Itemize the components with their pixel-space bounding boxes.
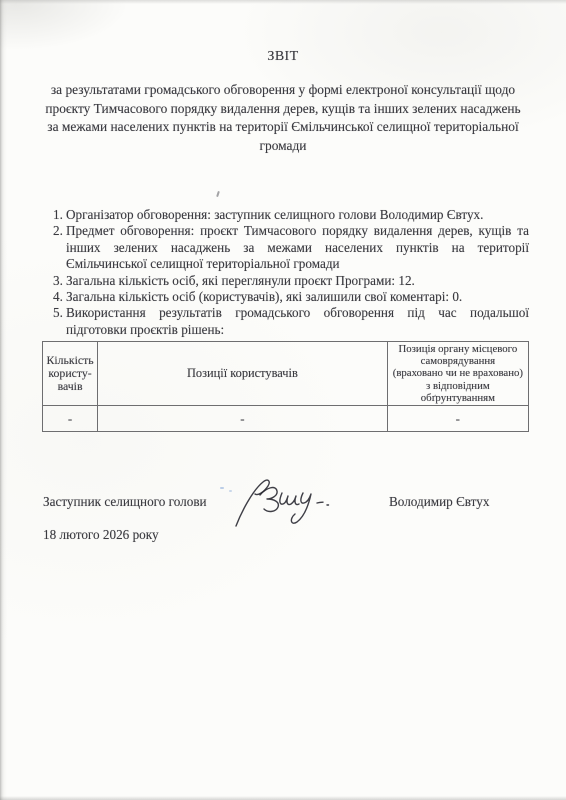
table-cell-users-count: - [43,406,98,432]
scan-edge-bottom [0,796,566,800]
ink-speck [216,191,220,197]
table-header-user-positions: Позиції користувачів [98,342,388,406]
list-item-number: 3. [53,273,66,289]
list-item: 2. Предмет обговорення: проєкт Тимчасово… [53,223,529,272]
table-header-users-count: Кількість користу- вачів [43,342,98,406]
document-date: 18 лютого 2026 року [43,527,159,543]
table-cell-authority-position: - [387,406,528,432]
list-item-text: Загальна кількість осіб (користувачів), … [66,289,529,305]
signatory-position: Заступник селищного голови [43,494,207,510]
list-item: 5. Використання результатів громадського… [53,305,529,338]
positions-table: Кількість користу- вачів Позиції користу… [42,341,529,432]
document-title: ЗВІТ [0,49,566,65]
table-header-authority-position: Позиція органу місцевого самоврядування … [387,342,528,406]
list-item-number: 2. [53,223,66,272]
list-item-text: Використання результатів громадського об… [66,305,529,338]
list-item-number: 4. [53,289,66,305]
summary-list: 1. Організатор обговорення: заступник се… [53,207,529,338]
scanned-document-page: ЗВІТ за результатами громадського обгово… [0,0,566,800]
table-data-row: - - - [43,406,529,432]
signatory-name: Володимир Євтух [389,494,489,510]
scan-edge-left [0,0,7,800]
ink-speck-blue [220,487,224,489]
list-item-text: Загальна кількість осіб, які переглянули… [66,273,529,289]
table-header-row: Кількість користу- вачів Позиції користу… [43,342,529,406]
ink-speck-blue [229,490,232,492]
list-item: 1. Організатор обговорення: заступник се… [53,207,529,223]
list-item: 4. Загальна кількість осіб (користувачів… [53,289,529,305]
scan-edge-top [0,0,566,4]
document-subtitle: за результатами громадського обговорення… [33,81,533,155]
list-item: 3. Загальна кількість осіб, які переглян… [53,273,529,289]
list-item-text: Організатор обговорення: заступник селищ… [66,207,529,223]
list-item-number: 5. [53,305,66,338]
table-cell-user-positions: - [98,406,388,432]
list-item-number: 1. [53,207,66,223]
handwritten-signature [224,473,352,535]
list-item-text: Предмет обговорення: проєкт Тимчасового … [66,223,529,272]
